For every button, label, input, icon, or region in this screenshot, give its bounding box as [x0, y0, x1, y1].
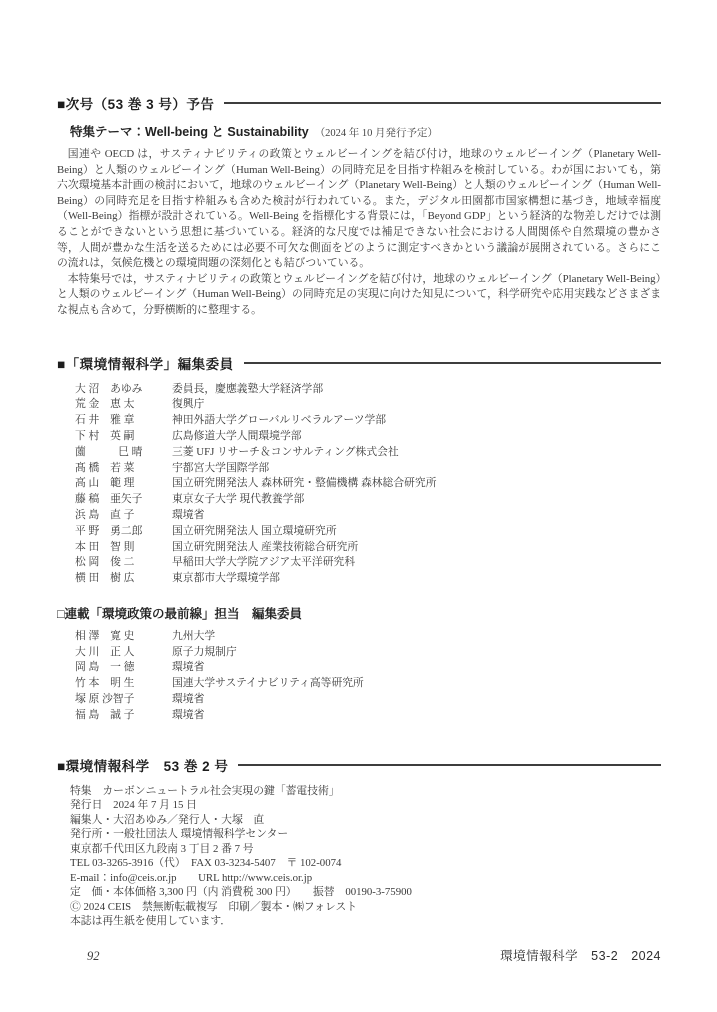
page-footer: 92 環境情報科学 53-2 2024	[57, 946, 661, 964]
member-name: 横 田 樹 広	[75, 571, 172, 587]
member-name: 大 沼 あゆみ	[75, 382, 172, 398]
colophon-line: 東京都千代田区九段南 3 丁目 2 番 7 号	[70, 842, 661, 857]
footer-journal-ref: 環境情報科学 53-2 2024	[500, 946, 661, 964]
member-affiliation: 国立研究開発法人 国立環境研究所	[172, 524, 661, 540]
colophon-heading: ■環境情報科学 53 巻 2 号	[57, 755, 661, 775]
member-row: 藤 稿 亜矢子 東京女子大学 現代教養学部	[75, 492, 661, 508]
member-name: 本 田 智 則	[75, 540, 172, 556]
member-name: 荒 金 恵 太	[75, 397, 172, 413]
colophon-list: 特集 カーボンニュートラル社会実現の鍵「蓄電技術」 発行日 2024 年 7 月…	[70, 784, 661, 929]
special-theme-label: 特集テーマ：Well-being と Sustainability	[70, 125, 309, 139]
member-affiliation: 国立研究開発法人 産業技術総合研究所	[172, 540, 661, 556]
page-content: ■次号（53 巻 3 号）予告 特集テーマ：Well-being と Susta…	[57, 0, 661, 929]
member-affiliation: 環境省	[172, 660, 661, 676]
journal-page: ■次号（53 巻 3 号）予告 特集テーマ：Well-being と Susta…	[0, 0, 717, 1012]
colophon-line: 編集人・大沼あゆみ／発行人・大塚 直	[70, 813, 661, 828]
member-row: 相 澤 寛 史 九州大学	[75, 629, 661, 645]
special-theme-note: （2024 年 10 月発行予定）	[315, 128, 438, 139]
next-issue-paragraph: 本特集号では，サスティナビリティの政策とウェルビーイングを結び付け，地球のウェル…	[57, 272, 661, 319]
member-name: 薗 巳 晴	[75, 445, 172, 461]
serial-committee-heading: □連載「環境政策の最前線」担当 編集委員	[57, 604, 661, 622]
member-name: 藤 稿 亜矢子	[75, 492, 172, 508]
member-row: 荒 金 恵 太 復興庁	[75, 397, 661, 413]
member-affiliation: 環境省	[172, 508, 661, 524]
member-affiliation: 復興庁	[172, 397, 661, 413]
member-name: 松 岡 俊 二	[75, 555, 172, 571]
member-affiliation: 東京女子大学 現代教養学部	[172, 492, 661, 508]
colophon-heading-text: ■環境情報科学 53 巻 2 号	[57, 755, 228, 775]
next-issue-heading-text: ■次号（53 巻 3 号）予告	[57, 93, 214, 113]
member-name: 高 山 範 理	[75, 476, 172, 492]
member-row: 本 田 智 則 国立研究開発法人 産業技術総合研究所	[75, 540, 661, 556]
member-name: 石 井 雅 章	[75, 413, 172, 429]
member-row: 薗 巳 晴 三菱 UFJ リサーチ＆コンサルティング株式会社	[75, 445, 661, 461]
colophon-line: Ⓒ 2024 CEIS 禁無断転載複写 印刷／製本・㈱フォレスト	[70, 900, 661, 915]
member-name: 大 川 正 人	[75, 645, 172, 661]
member-affiliation: 原子力規制庁	[172, 645, 661, 661]
member-affiliation: 国連大学サステイナビリティ高等研究所	[172, 676, 661, 692]
member-name: 平 野 勇二郎	[75, 524, 172, 540]
member-row: 高 山 範 理 国立研究開発法人 森林研究・整備機構 森林総合研究所	[75, 476, 661, 492]
member-row: 塚 原 沙智子 環境省	[75, 692, 661, 708]
next-issue-body: 国連や OECD は，サスティナビリティの政策とウェルビーイングを結び付け，地球…	[57, 147, 661, 319]
member-name: 浜 島 直 子	[75, 508, 172, 524]
editorial-board-list: 大 沼 あゆみ 委員長，慶應義塾大学経済学部 荒 金 恵 太 復興庁 石 井 雅…	[75, 382, 661, 587]
next-issue-paragraph: 国連や OECD は，サスティナビリティの政策とウェルビーイングを結び付け，地球…	[57, 147, 661, 272]
member-row: 松 岡 俊 二 早稲田大学大学院アジア太平洋研究科	[75, 555, 661, 571]
member-name: 竹 本 明 生	[75, 676, 172, 692]
colophon-line: TEL 03-3265-3916（代） FAX 03-3234-5407 〒 1…	[70, 856, 661, 871]
member-row: 平 野 勇二郎 国立研究開発法人 国立環境研究所	[75, 524, 661, 540]
member-row: 横 田 樹 広 東京都市大学環境学部	[75, 571, 661, 587]
member-affiliation: 早稲田大学大学院アジア太平洋研究科	[172, 555, 661, 571]
member-row: 大 沼 あゆみ 委員長，慶應義塾大学経済学部	[75, 382, 661, 398]
colophon-line: 本誌は再生紙を使用しています．	[70, 914, 661, 929]
member-name: 下 村 英 嗣	[75, 429, 172, 445]
member-affiliation: 国立研究開発法人 森林研究・整備機構 森林総合研究所	[172, 476, 661, 492]
member-name: 髙 橋 若 菜	[75, 461, 172, 477]
member-affiliation: 神田外語大学グローバルリベラルアーツ学部	[172, 413, 661, 429]
editorial-board-heading-text: ■「環境情報科学」編集委員	[57, 353, 234, 373]
footer-page-number: 92	[87, 949, 100, 964]
member-name: 相 澤 寛 史	[75, 629, 172, 645]
member-affiliation: 三菱 UFJ リサーチ＆コンサルティング株式会社	[172, 445, 661, 461]
next-issue-heading: ■次号（53 巻 3 号）予告	[57, 93, 661, 113]
member-affiliation: 東京都市大学環境学部	[172, 571, 661, 587]
colophon-line: 発行所・一般社団法人 環境情報科学センター	[70, 827, 661, 842]
colophon-line: 特集 カーボンニュートラル社会実現の鍵「蓄電技術」	[70, 784, 661, 799]
member-affiliation: 九州大学	[172, 629, 661, 645]
member-affiliation: 委員長，慶應義塾大学経済学部	[172, 382, 661, 398]
colophon-line: E-mail：info@ceis.or.jp URL http://www.ce…	[70, 871, 661, 886]
member-row: 髙 橋 若 菜 宇都宮大学国際学部	[75, 461, 661, 477]
heading-rule	[224, 102, 661, 104]
member-affiliation: 広島修道大学人間環境学部	[172, 429, 661, 445]
member-affiliation: 環境省	[172, 708, 661, 724]
member-row: 岡 島 一 徳 環境省	[75, 660, 661, 676]
special-theme-line: 特集テーマ：Well-being と Sustainability （2024 …	[70, 122, 661, 141]
member-affiliation: 環境省	[172, 692, 661, 708]
member-affiliation: 宇都宮大学国際学部	[172, 461, 661, 477]
colophon-line: 定 価・本体価格 3,300 円（内 消費税 300 円） 振替 00190-3…	[70, 885, 661, 900]
member-row: 下 村 英 嗣 広島修道大学人間環境学部	[75, 429, 661, 445]
heading-rule	[244, 362, 661, 364]
member-row: 竹 本 明 生 国連大学サステイナビリティ高等研究所	[75, 676, 661, 692]
heading-rule	[238, 764, 661, 766]
member-name: 福 島 誠 子	[75, 708, 172, 724]
editorial-board-heading: ■「環境情報科学」編集委員	[57, 353, 661, 373]
member-row: 大 川 正 人 原子力規制庁	[75, 645, 661, 661]
member-name: 塚 原 沙智子	[75, 692, 172, 708]
member-row: 浜 島 直 子 環境省	[75, 508, 661, 524]
member-row: 福 島 誠 子 環境省	[75, 708, 661, 724]
serial-committee-list: 相 澤 寛 史 九州大学 大 川 正 人 原子力規制庁 岡 島 一 徳 環境省 …	[75, 629, 661, 724]
colophon-line: 発行日 2024 年 7 月 15 日	[70, 798, 661, 813]
member-name: 岡 島 一 徳	[75, 660, 172, 676]
member-row: 石 井 雅 章 神田外語大学グローバルリベラルアーツ学部	[75, 413, 661, 429]
